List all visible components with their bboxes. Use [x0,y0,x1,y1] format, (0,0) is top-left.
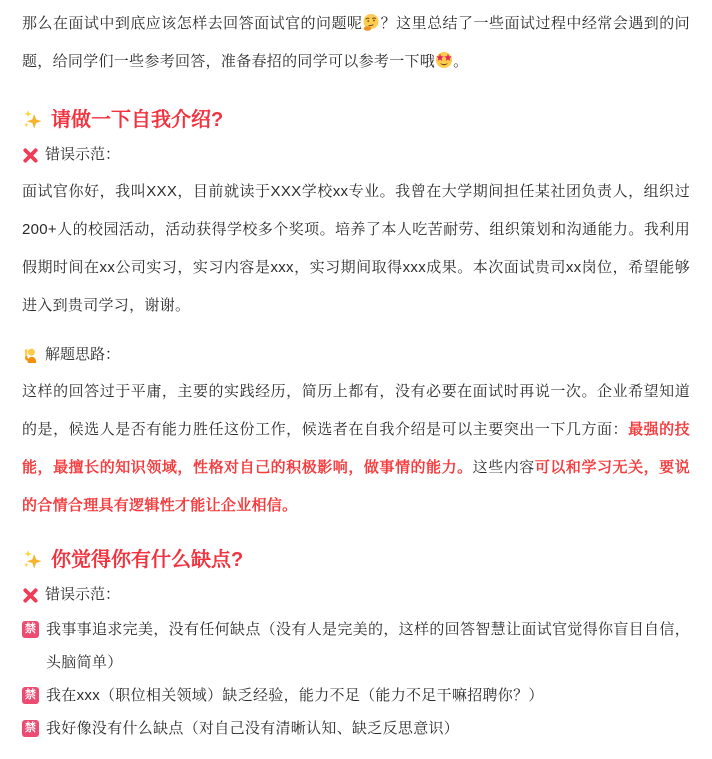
section2-wrong-example-label-text: 错误示范： [45,579,120,611]
cross-mark-icon [22,147,39,164]
intro-paragraph: 那么在面试中到底应该怎样去回答面试官的问题呢？这里总结了一些面试过程中经常会遇到… [22,5,690,81]
star-struck-icon [435,51,453,69]
section2-wrong-example-label: 错误示范： [22,579,690,611]
sparkles-icon [22,109,44,131]
wrong-answer-bullet: 禁 我好像没有什么缺点（对自己没有清晰认知、缺乏反思意识） [22,712,690,745]
article-page: 那么在面试中到底应该怎样去回答面试官的问题呢？这里总结了一些面试过程中经常会遇到… [0,0,712,759]
thinking-face-icon [362,13,380,31]
prohibited-icon: 禁 [22,720,39,737]
intro-text-3: 。 [453,53,468,70]
section1-wrong-example-label-text: 错误示范： [45,139,120,171]
section1-wrong-answer: 面试官你好，我叫XXX，目前就读于XXX学校xx专业。我曾在大学期间担任某社团负… [22,173,690,325]
bullet-text: 我事事追求完美，没有任何缺点（没有人是完美的，这样的回答智慧让面试官觉得你盲目自… [46,613,690,679]
prohibited-icon: 禁 [22,687,39,704]
section1-tips-paragraph: 这样的回答过于平庸，主要的实践经历，简历上都有，没有必要在面试时再说一次。企业希… [22,373,690,525]
bullet-text: 我在xxx（职位相关领域）缺乏经验，能力不足（能力不足干嘛招聘你？） [46,679,544,712]
wrong-answer-bullet: 禁 我在xxx（职位相关领域）缺乏经验，能力不足（能力不足干嘛招聘你？） [22,679,690,712]
section1-heading-text: 请做一下自我介绍? [51,105,223,135]
tips-text-normal-1: 这样的回答过于平庸，主要的实践经历，简历上都有，没有必要在面试时再说一次。企业希… [22,383,690,438]
person-raising-hand-icon [22,347,39,364]
cross-mark-icon [22,587,39,604]
prohibited-icon: 禁 [22,621,39,638]
section1-heading: 请做一下自我介绍? [22,105,690,135]
section1-wrong-example-label: 错误示范： [22,139,690,171]
sparkles-icon [22,549,44,571]
section1-tips-label: 解题思路： [22,339,690,371]
intro-text-1: 那么在面试中到底应该怎样去回答面试官的问题呢 [22,15,362,32]
section2-heading-text: 你觉得你有什么缺点? [51,545,243,575]
section1-tips-label-text: 解题思路： [45,339,120,371]
wrong-answer-bullet: 禁 我事事追求完美，没有任何缺点（没有人是完美的，这样的回答智慧让面试官觉得你盲… [22,613,690,679]
section2-heading: 你觉得你有什么缺点? [22,545,690,575]
bullet-text: 我好像没有什么缺点（对自己没有清晰认知、缺乏反思意识） [46,712,459,745]
tips-text-normal-2: 这些内容 [473,459,535,476]
